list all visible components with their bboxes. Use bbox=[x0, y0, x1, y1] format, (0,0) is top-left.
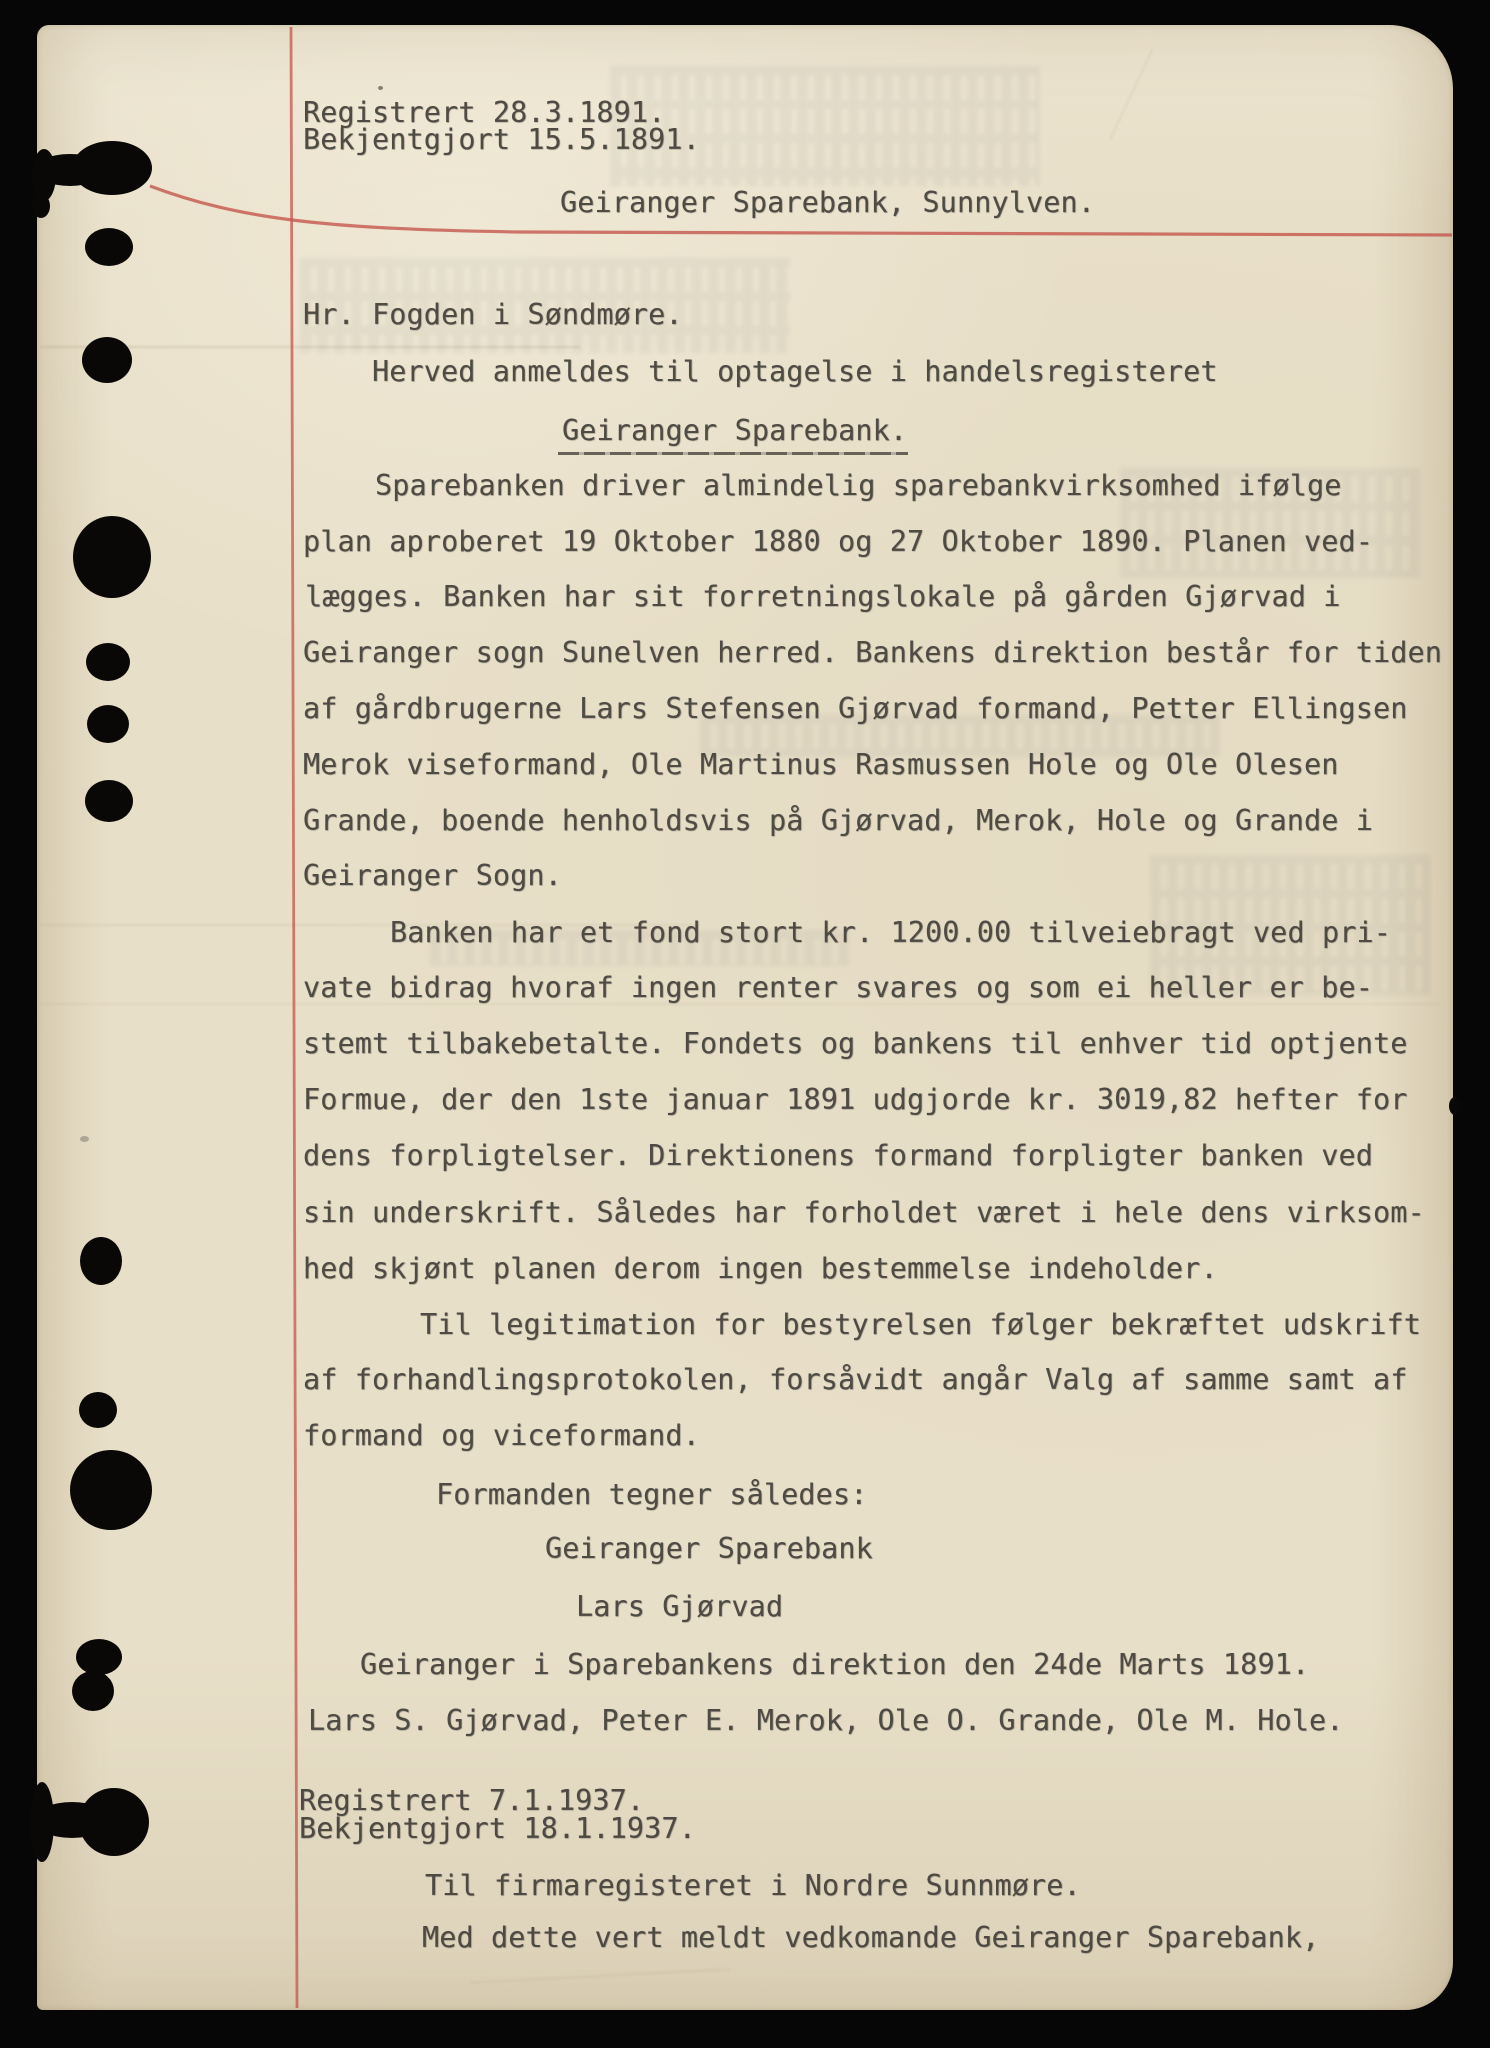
typewritten-line: vate bidrag hvoraf ingen renter svares o… bbox=[303, 974, 1373, 1003]
typewritten-line: Geiranger Sparebank bbox=[545, 1535, 873, 1564]
typewritten-line: Til firmaregisteret i Nordre Sunnmøre. bbox=[425, 1872, 1081, 1901]
typewritten-line: hed skjønt planen derom ingen bestemmels… bbox=[303, 1255, 1218, 1284]
typewritten-text-layer: Registrert 28.3.1891.Bekjentgjort 15.5.1… bbox=[0, 0, 1490, 2048]
typewritten-line: sin underskrift. Således har forholdet v… bbox=[303, 1199, 1425, 1228]
typewritten-line: lægges. Banken har sit forretningslokale… bbox=[305, 583, 1341, 612]
typewritten-line: Geiranger i Sparebankens direktion den 2… bbox=[360, 1651, 1309, 1680]
typewritten-line: Med dette vert meldt vedkomande Geirange… bbox=[422, 1924, 1319, 1953]
typewritten-line: Herved anmeldes til optagelse i handelsr… bbox=[372, 358, 1218, 387]
typewritten-line: Lars S. Gjørvad, Peter E. Merok, Ole O. … bbox=[308, 1707, 1344, 1736]
typewritten-line: Geiranger Sparebank, Sunnylven. bbox=[560, 189, 1095, 218]
typewritten-line: dens forpligtelser. Direktionens formand… bbox=[303, 1142, 1373, 1171]
typewritten-line: Lars Gjørvad bbox=[576, 1593, 783, 1622]
typewritten-line: Geiranger sogn Sunelven herred. Bankens … bbox=[303, 639, 1442, 668]
typewritten-line: Formue, der den 1ste januar 1891 udgjord… bbox=[303, 1086, 1408, 1115]
typewritten-line: Bekjentgjort 15.5.1891. bbox=[303, 126, 700, 155]
typewritten-line: Geiranger Sparebank. bbox=[562, 417, 907, 446]
scanned-document-screenshot: { "scan": { "paper_color": "#e8dfc8", "b… bbox=[0, 0, 1490, 2048]
typewritten-line: plan aproberet 19 Oktober 1880 og 27 Okt… bbox=[303, 528, 1373, 557]
typewritten-line: Til legitimation for bestyrelsen følger … bbox=[420, 1311, 1421, 1340]
typewritten-line: Merok viseformand, Ole Martinus Rasmusse… bbox=[303, 751, 1339, 780]
typewritten-line: stemt tilbakebetalte. Fondets og bankens… bbox=[303, 1030, 1408, 1059]
typewritten-line: af forhandlingsprotokolen, forsåvidt ang… bbox=[303, 1366, 1408, 1395]
typewritten-line: Bekjentgjort 18.1.1937. bbox=[299, 1815, 696, 1844]
typewritten-line: Grande, boende henholdsvis på Gjørvad, M… bbox=[303, 807, 1373, 836]
typewritten-line: af gårdbrugerne Lars Stefensen Gjørvad f… bbox=[303, 695, 1408, 724]
typewritten-line: Geiranger Sogn. bbox=[303, 862, 562, 891]
typewritten-line: Banken har et fond stort kr. 1200.00 til… bbox=[390, 919, 1391, 948]
typewritten-line: Formanden tegner således: bbox=[436, 1481, 867, 1510]
heading-underline bbox=[558, 452, 908, 455]
typewritten-line: formand og viceformand. bbox=[303, 1422, 700, 1451]
typewritten-line: Hr. Fogden i Søndmøre. bbox=[303, 301, 683, 330]
typewritten-line: Sparebanken driver almindelig sparebankv… bbox=[375, 472, 1341, 501]
